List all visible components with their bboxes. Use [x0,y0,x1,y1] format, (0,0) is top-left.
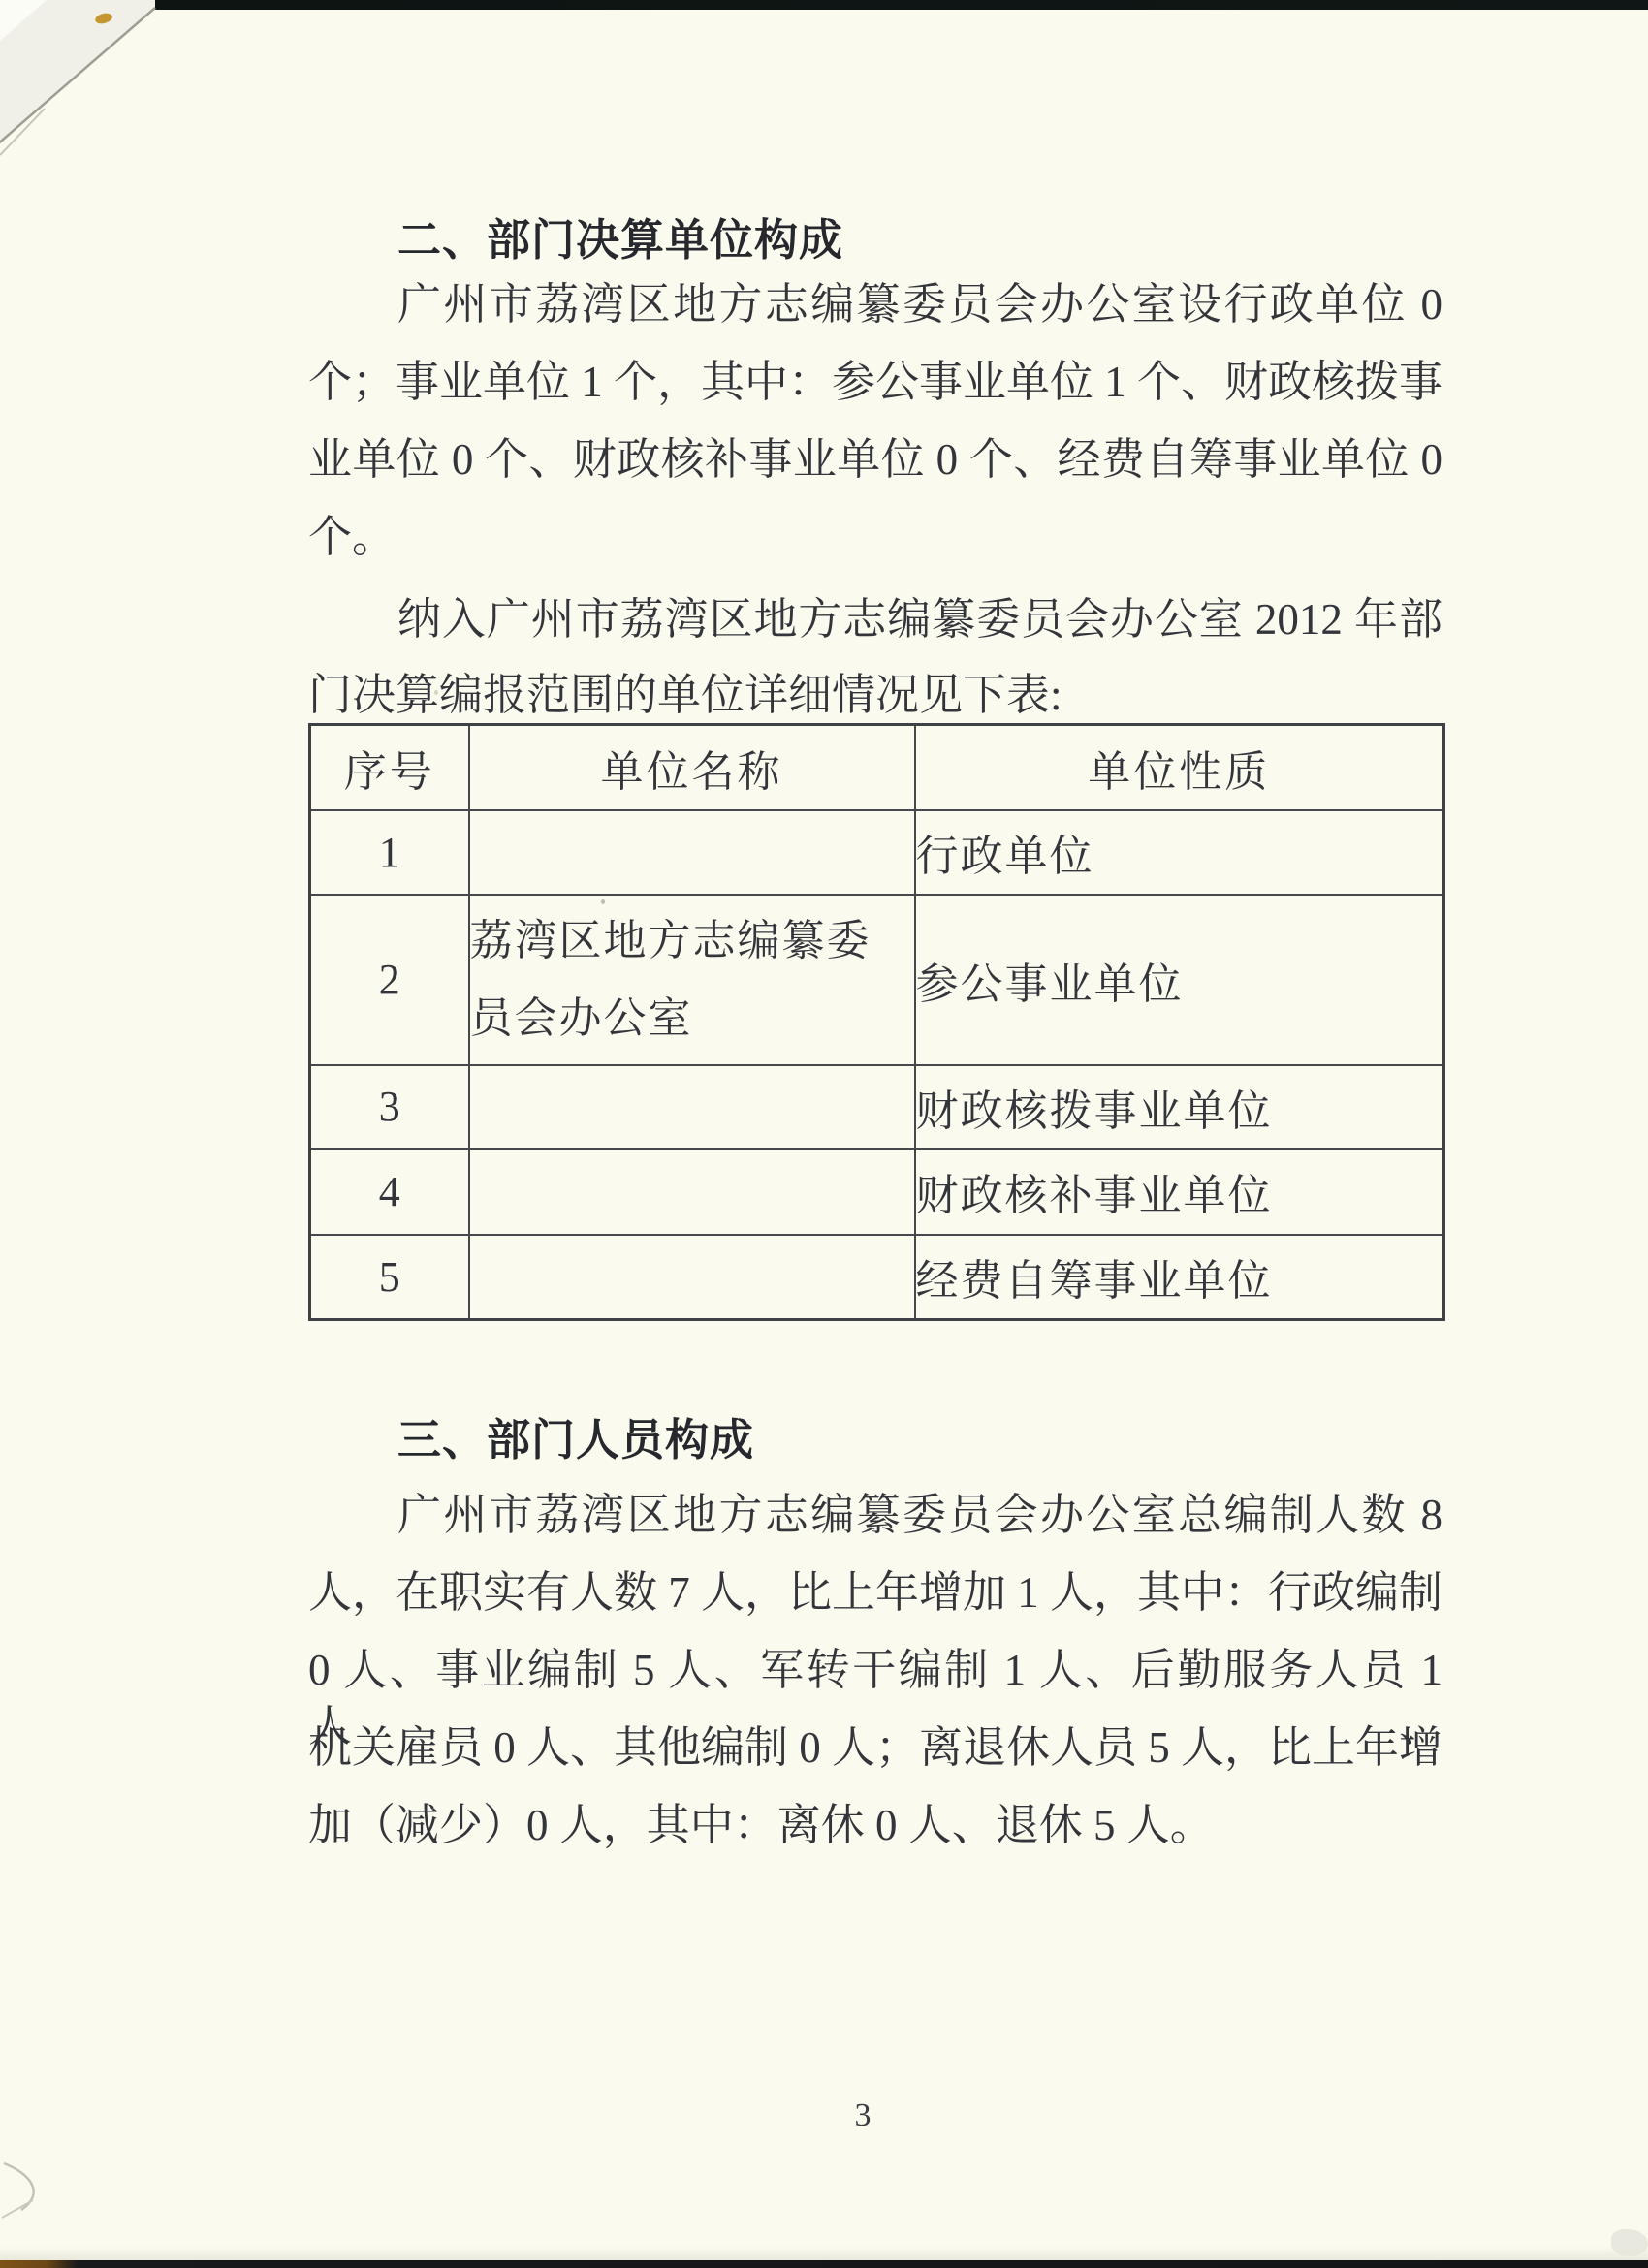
cell-no: 3 [310,1065,469,1149]
cell-nature: 经费自筹事业单位 [915,1235,1444,1320]
table-row: 2 荔湾区地方志编纂委 员会办公室 参公事业单位 [310,895,1444,1065]
cell-name-line: 员会办公室 [470,980,914,1057]
table-row: 4 财政核补事业单位 [310,1149,1444,1235]
document-page: 二、部门决算单位构成 广州市荔湾区地方志编纂委员会办公室设行政单位 0 个；事业… [0,0,1648,2268]
section-personnel-heading: 三、部门人员构成 [397,1412,754,1468]
cell-name [469,1149,915,1235]
cell-nature: 行政单位 [915,810,1444,895]
cell-no: 5 [310,1235,469,1320]
table-row: 5 经费自筹事业单位 [310,1235,1444,1320]
cell-no: 2 [310,895,469,1065]
cell-nature: 财政核拨事业单位 [915,1065,1444,1149]
cell-name: 荔湾区地方志编纂委 员会办公室 [469,895,915,1065]
header-cell-nature: 单位性质 [915,725,1444,810]
scan-edge-bottom [0,2260,1648,2268]
paragraph-line: 个。 [308,509,1442,565]
paragraph-line: 个；事业单位 1 个，其中：参公事业单位 1 个、财政核拨事 [308,354,1442,410]
table-header-row: 序号 单位名称 单位性质 [310,725,1444,810]
section-units-heading: 二、部门决算单位构成 [397,212,843,268]
header-cell-no: 序号 [310,725,469,810]
cell-nature: 财政核补事业单位 [915,1149,1444,1235]
table-row: 3 财政核拨事业单位 [310,1065,1444,1149]
scan-edge-top [0,0,1648,10]
cell-name [469,1065,915,1149]
cell-nature: 参公事业单位 [915,895,1444,1065]
header-cell-name: 单位名称 [469,725,915,810]
paragraph-line: 业单位 0 个、财政核补事业单位 0 个、经费自筹事业单位 0 [308,431,1442,488]
scan-shadow-bottom [0,2247,1648,2260]
paragraph-line: 广州市荔湾区地方志编纂委员会办公室总编制人数 8 [308,1487,1442,1543]
paragraph-line: 加（减少）0 人，其中：离休 0 人、退休 5 人。 [308,1797,1442,1853]
page-number: 3 [832,2097,894,2134]
units-table: 序号 单位名称 单位性质 1 行政单位 2 荔湾区地方志编纂委 员会办公室 参公… [308,723,1445,1321]
paragraph-line: 人，在职实有人数 7 人，比上年增加 1 人，其中：行政编制 [308,1564,1442,1621]
scan-corner-topleft [0,0,179,170]
cell-no: 4 [310,1149,469,1235]
pencil-scribble [0,2154,97,2231]
paragraph-line: 纳入广州市荔湾区地方志编纂委员会办公室 2012 年部 [308,591,1442,647]
cell-name-line: 荔湾区地方志编纂委 [470,902,914,980]
cell-name [469,810,915,895]
cell-no: 1 [310,810,469,895]
paragraph-line: 门决算编报范围的单位详细情况见下表: [308,667,1442,723]
table-row: 1 行政单位 [310,810,1444,895]
paragraph-line: 广州市荔湾区地方志编纂委员会办公室设行政单位 0 [308,276,1442,332]
paragraph-line: 机关雇员 0 人、其他编制 0 人；离退休人员 5 人，比上年增 [308,1719,1442,1776]
cell-name [469,1235,915,1320]
